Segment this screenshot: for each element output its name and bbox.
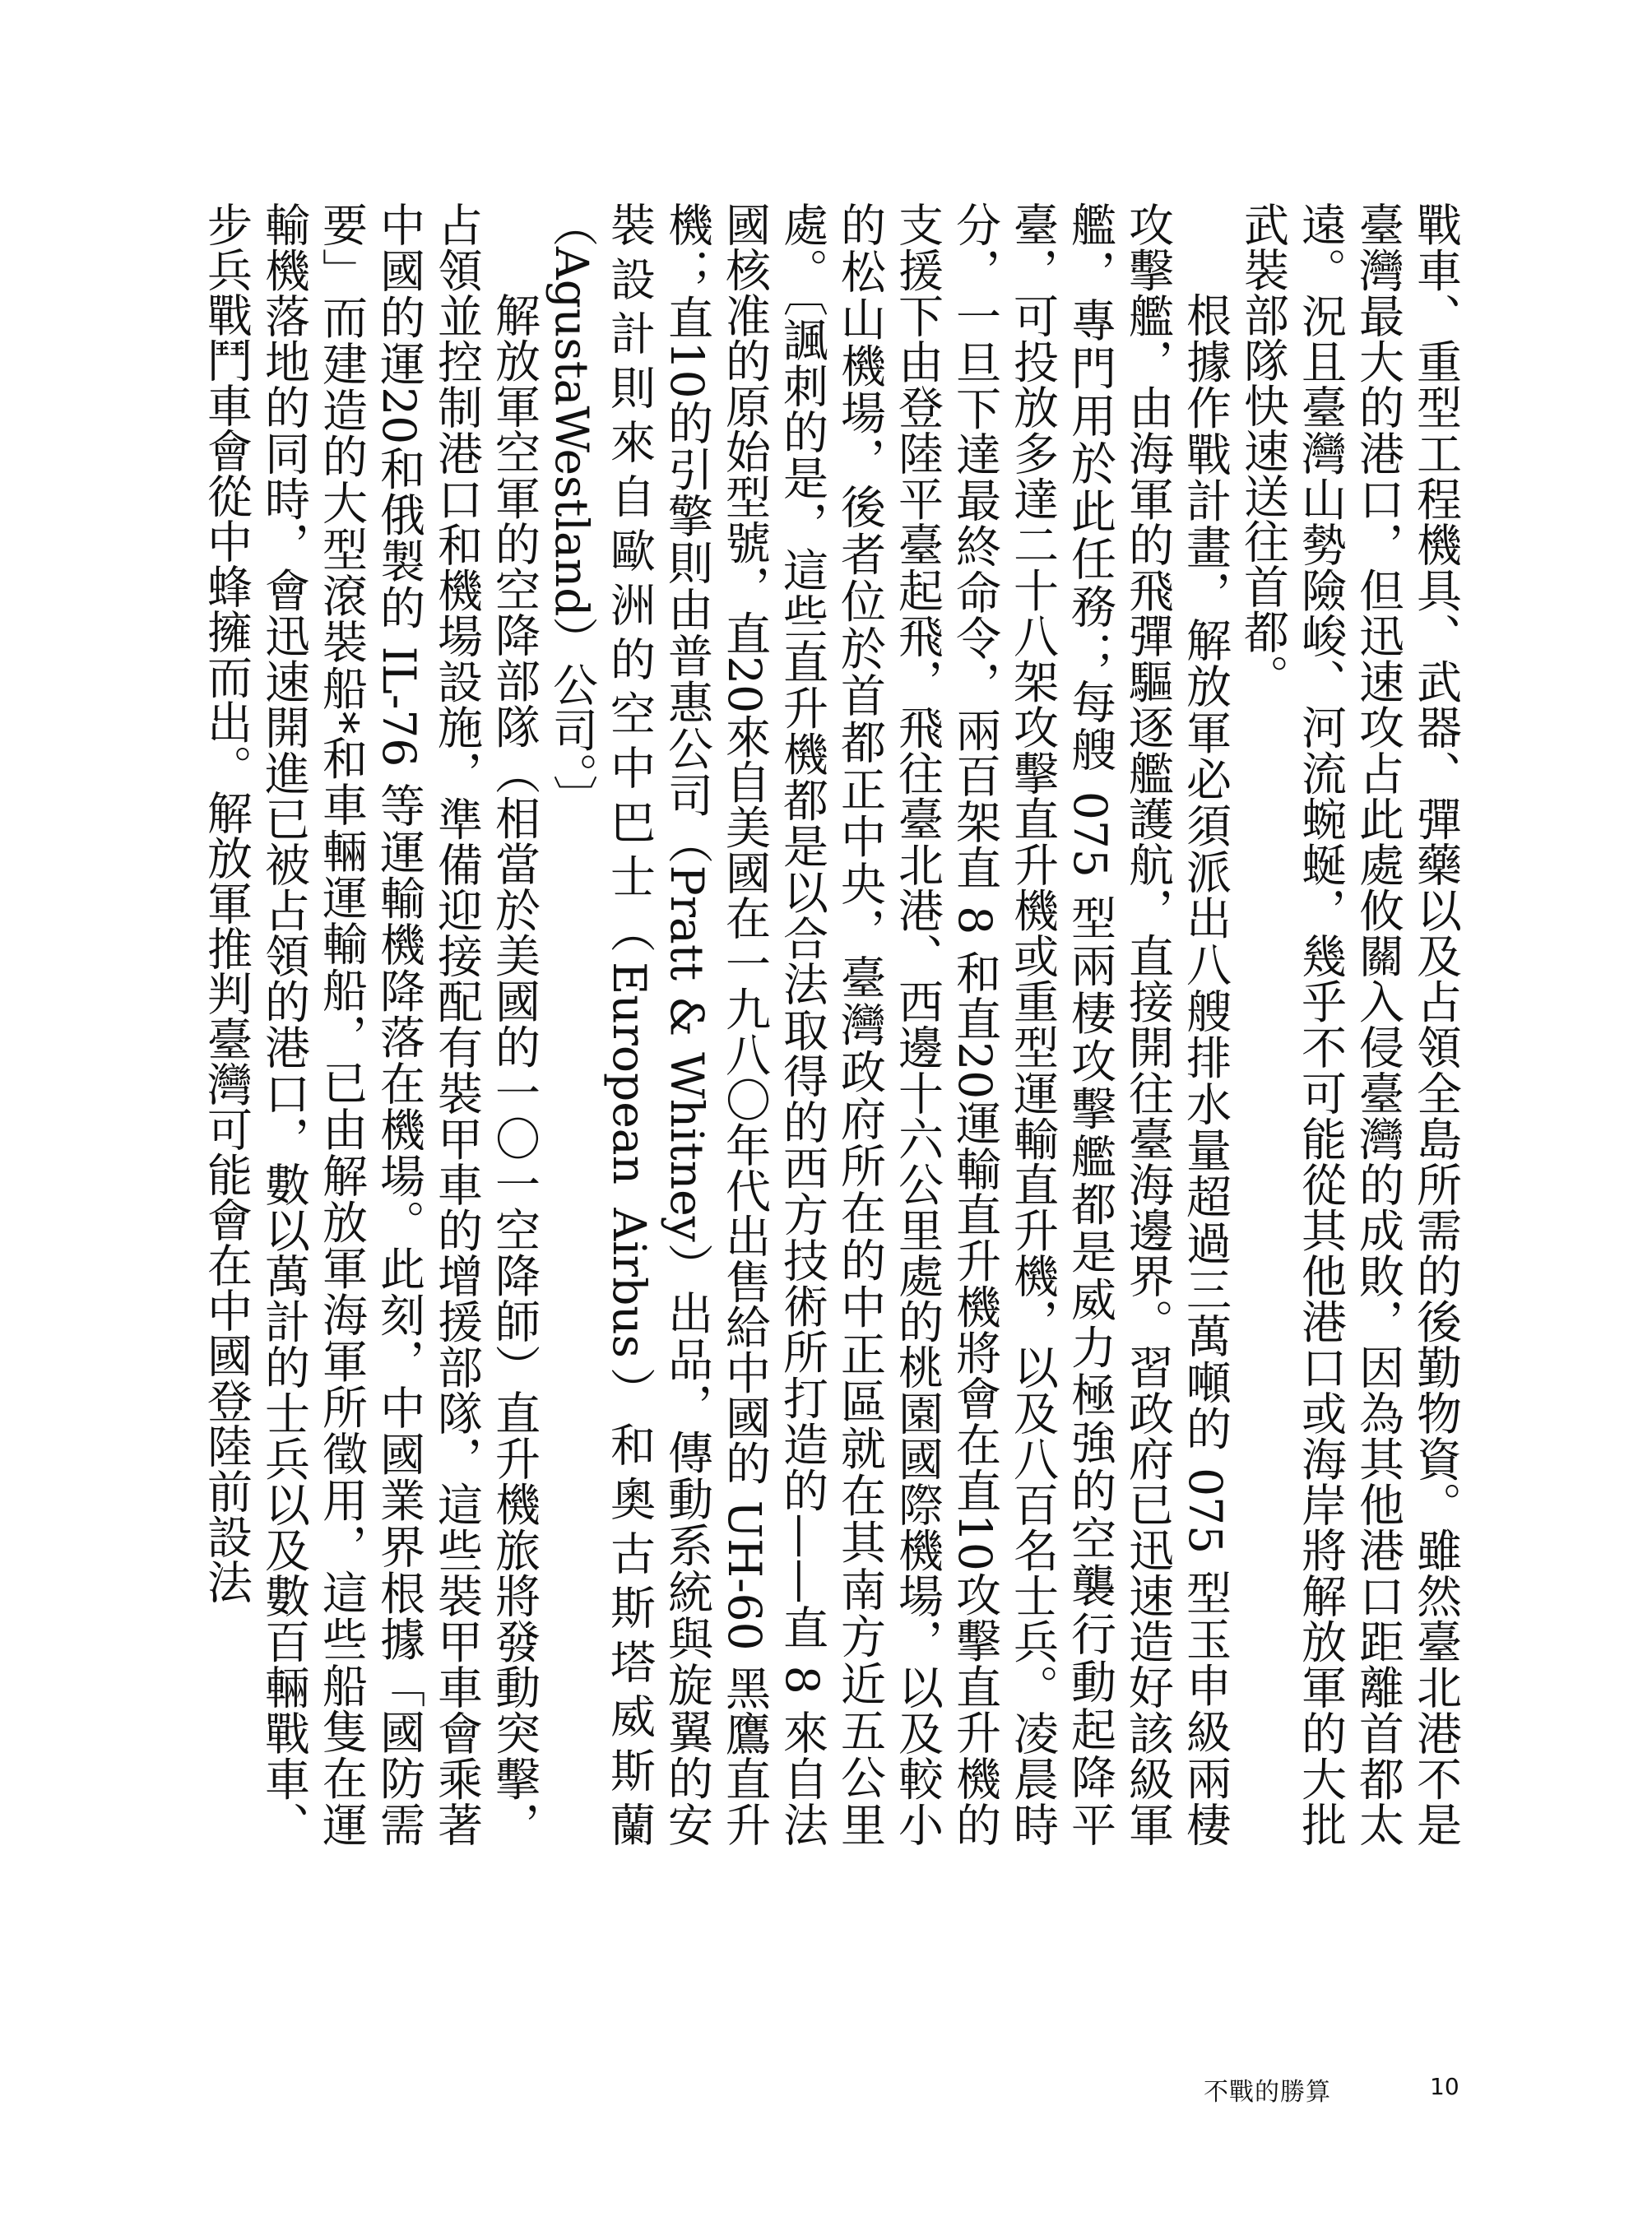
paragraph-1: 戰車、重型工程機具、武器、彈藥以及占領全島所需的後勤物資。雖然臺北港不是臺灣最大… — [1234, 202, 1464, 1847]
paragraph-3: 解放軍空軍的空降部隊（相當於美國的一〇一空降師）直升機旅將發動突擊，占領並控制港… — [197, 202, 543, 1847]
paragraph-2: 根據作戰計畫，解放軍必須派出八艘排水量超過三萬噸的 075 型玉申級兩棲攻擊艦，… — [543, 202, 1234, 1847]
body-text: 戰車、重型工程機具、武器、彈藥以及占領全島所需的後勤物資。雖然臺北港不是臺灣最大… — [181, 202, 1464, 1847]
running-footer-title: 不戰的勝算 — [1204, 2071, 1331, 2107]
page-number: 10 — [1430, 2073, 1459, 2100]
